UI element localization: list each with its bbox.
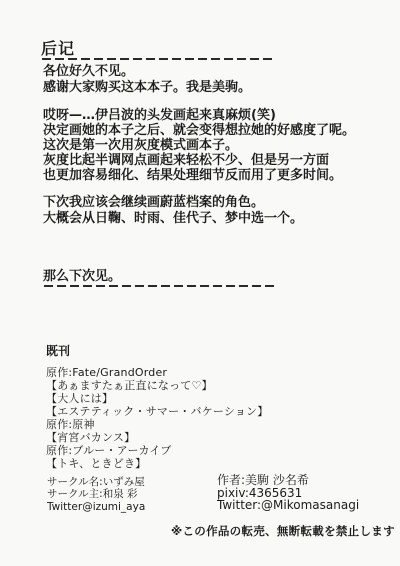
circle-name: サークル名:いずみ屋 [47,476,145,488]
author-twitter: Twitter:@Mikomasanagi [217,499,359,512]
catalog-item: 原作:ブルー・アーカイブ [46,444,268,457]
catalog-item: 【トキ、ときどき】 [46,457,268,470]
catalog-item: 原作:原神 [46,418,268,431]
body-line: 灰度比起半调网点画起来轻松不少、但是另一方面 [43,153,355,168]
next-plans-line: 下次我应该会继续画蔚蓝档案的角色。 [43,195,303,211]
next-plans-line: 大概会从日鞠、时雨、佳代子、梦中选一个。 [43,211,303,227]
afterword-title: 后记 [41,36,75,59]
reprint-prohibition-notice: ※この作品の転売、無断転載を禁止します [171,523,395,539]
divider-bottom [44,285,277,287]
divider-top [42,58,273,60]
greeting-line: 感谢大家购买这本本子。我是美驹。 [43,80,251,96]
next-plans-paragraph: 下次我应该会继续画蔚蓝档案的角色。 大概会从日鞠、时雨、佳代子、梦中选一个。 [43,195,303,227]
afterword-page: 后记 各位好久不见。 感谢大家购买这本本子。我是美驹。 哎呀—…伊吕波的头发画起… [0,0,400,566]
catalog-item: 【あぁますたぁ正直になって♡】 [46,379,268,392]
author-name: 作者:美駒 沙名希 [217,474,359,487]
catalog-list: 原作:Fate/GrandOrder 【あぁますたぁ正直になって♡】 【大人には… [46,366,268,470]
greeting-line: 各位好久不见。 [43,64,251,80]
greeting-paragraph: 各位好久不见。 感谢大家购买这本本子。我是美驹。 [43,64,251,96]
circle-twitter: Twitter@izumi_aya [47,501,145,513]
closing-line: 那么下次见。 [43,265,121,284]
catalog-item: 【大人には】 [46,392,268,405]
body-paragraph: 哎呀—…伊吕波的头发画起来真麻烦(笑) 决定画她的本子之后、就会变得想拉她的好感… [43,108,355,183]
circle-owner: サークル主:和泉 彩 [47,488,145,500]
body-line: 哎呀—…伊吕波的头发画起来真麻烦(笑) [43,108,355,123]
catalog-item: 【エステティック・サマー・バケーション】 [46,405,268,418]
body-line: 也更加容易细化、结果处理细节反而用了更多时间。 [43,168,355,183]
body-line: 决定画她的本子之后、就会变得想拉她的好感度了呢。 [43,123,355,138]
circle-credits: サークル名:いずみ屋 サークル主:和泉 彩 Twitter@izumi_aya [47,476,145,513]
catalog-item: 原作:Fate/GrandOrder [46,366,268,379]
catalog-heading: 既刊 [46,342,70,359]
body-line: 这次是第一次用灰度模式画本子。 [43,138,355,153]
author-credits: 作者:美駒 沙名希 pixiv:4365631 Twitter:@Mikomas… [217,474,359,512]
catalog-item: 【宵宮バカンス】 [46,431,268,444]
